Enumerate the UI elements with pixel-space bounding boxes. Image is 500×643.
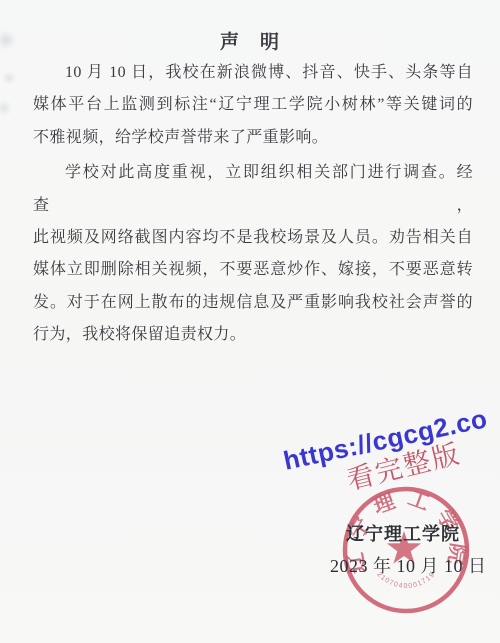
official-seal: 辽宁理工学院 2107040001719 bbox=[341, 485, 471, 615]
body-line: 发。对于在网上散布的违规信息及严重影响我校社会声誉的 bbox=[33, 287, 473, 319]
body-line: 媒体平台上监测到标注“辽宁理工学院小树林”等关键词的 bbox=[33, 89, 473, 121]
body-line: 此视频及网络截图内容均不是我校场景及人员。劝告相关自 bbox=[33, 222, 473, 254]
statement-body: 10 月 10 日，我校在新浪微博、抖音、快手、头条等自 媒体平台上监测到标注“… bbox=[33, 57, 473, 352]
statement-paragraph-1: 10 月 10 日，我校在新浪微博、抖音、快手、头条等自 媒体平台上监测到标注“… bbox=[33, 57, 473, 154]
statement-date: 2023 年 10 月 10 日 bbox=[330, 552, 487, 578]
body-line: 10 月 10 日，我校在新浪微博、抖音、快手、头条等自 bbox=[33, 57, 473, 89]
body-line: 不雅视频，给学校声誉带来了严重影响。 bbox=[33, 122, 473, 154]
document-title: 声 明 bbox=[0, 27, 500, 54]
signature-org-name: 辽宁理工学院 bbox=[346, 520, 460, 546]
body-line: 媒体立即删除相关视频，不要恶意炒作、嫁接，不要恶意转 bbox=[33, 254, 473, 286]
scanned-statement-page: 声 明 10 月 10 日，我校在新浪微博、抖音、快手、头条等自 媒体平台上监测… bbox=[0, 0, 500, 643]
body-line: 行为，我校将保留追责权力。 bbox=[33, 319, 473, 351]
statement-paragraph-2: 学校对此高度重视，立即组织相关部门进行调查。经查， 此视频及网络截图内容均不是我… bbox=[33, 157, 473, 351]
body-line: 学校对此高度重视，立即组织相关部门进行调查。经查， bbox=[33, 157, 473, 222]
